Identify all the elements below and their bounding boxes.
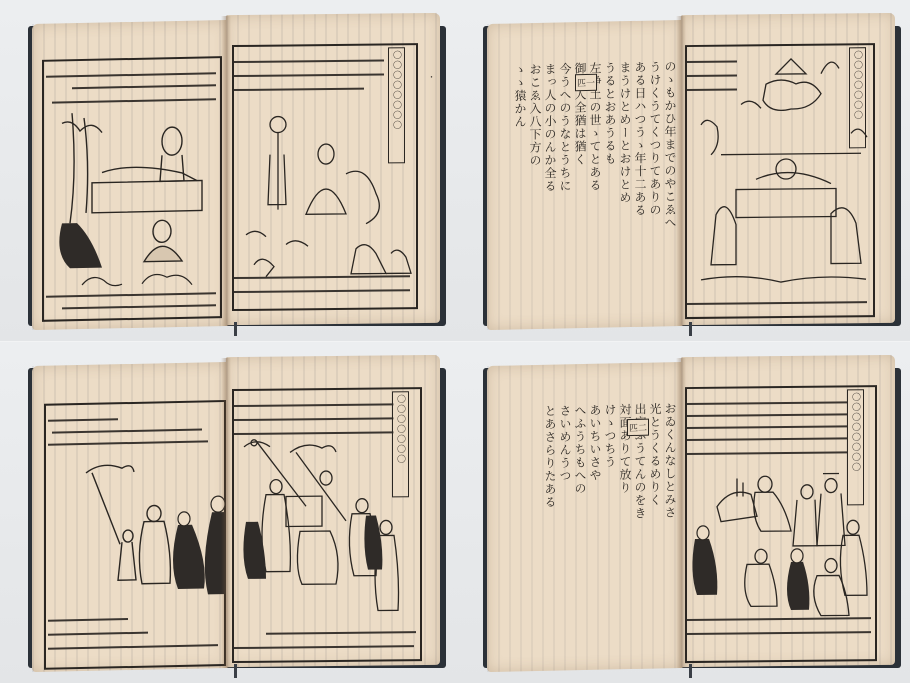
- photo-panel-top-right: のゝもかひ年までのやこゑへ うけくうてくつりてありの ある日ハつうゝ年十二ある …: [455, 0, 910, 341]
- text-column: へふうちもへの: [573, 404, 587, 495]
- section-label: 匹二: [627, 419, 649, 436]
- bookmark-ribbon: [689, 322, 692, 336]
- left-page-illustration: [32, 20, 228, 330]
- book-gutter: [676, 16, 686, 326]
- text-column: まっ人の小のんか全る: [543, 63, 557, 193]
- text-column: のゝもかひ年までのやこゑへ: [663, 60, 677, 229]
- open-book: 〇〇〇〇〇〇〇〇 ・: [28, 10, 448, 332]
- text-column: 対面ありて放り: [618, 403, 632, 494]
- book-gutter: [221, 358, 231, 668]
- open-book: のゝもかひ年までのやこゑへ うけくうてくつりてありの ある日ハつうゝ年十二ある …: [483, 10, 903, 332]
- scene-illustration: [32, 20, 228, 330]
- section-label: 匹一: [575, 74, 597, 91]
- book-gutter: [221, 16, 231, 326]
- left-page-text: のゝもかひ年までのやこゑへ うけくうてくつりてありの ある日ハつうゝ年十二ある …: [487, 20, 683, 330]
- kana-text-block: のゝもかひ年までのやこゑへ うけくうてくつりてありの ある日ハつうゝ年十二ある …: [501, 60, 677, 324]
- text-column: うるとおあうるも: [603, 61, 617, 165]
- right-page-illustration: 〇〇〇〇〇〇〇: [681, 13, 895, 325]
- bookmark-ribbon: [689, 664, 692, 678]
- photo-panel-bottom-right: おゐくんなしとみさ 光とうくるめりく 出家ふうてんのをき 対面ありて放り けゝつ…: [455, 342, 910, 683]
- right-page-illustration: 〇〇〇〇〇〇〇〇 ・: [226, 13, 440, 325]
- scene-illustration: [226, 355, 440, 667]
- photo-panel-top-left: 〇〇〇〇〇〇〇〇 ・: [0, 0, 455, 341]
- scene-illustration: [681, 355, 895, 667]
- text-column: おゐくんなしとみさ: [663, 402, 677, 519]
- scene-illustration: [32, 362, 228, 672]
- text-column: まうけとめーとおけとめ: [618, 61, 632, 204]
- text-column: さいめんうつ: [558, 404, 572, 482]
- open-book: 〇〇〇〇〇〇〇: [28, 352, 448, 674]
- scene-illustration: [681, 13, 895, 325]
- bookmark-ribbon: [234, 664, 237, 678]
- left-page-illustration: [32, 362, 228, 672]
- text-column: うけくうてくつりてありの: [648, 60, 662, 216]
- book-gutter: [676, 358, 686, 668]
- kana-text-block: おゐくんなしとみさ 光とうくるめりく 出家ふうてんのをき 対面ありて放り けゝつ…: [501, 402, 677, 668]
- text-column: あいちいさや: [588, 404, 602, 482]
- right-page-illustration: 〇〇〇〇〇〇〇〇: [681, 355, 895, 667]
- text-column: おこゑ入八下方の: [528, 63, 542, 167]
- open-book: おゐくんなしとみさ 光とうくるめりく 出家ふうてんのをき 対面ありて放り けゝつ…: [483, 352, 903, 674]
- text-column: とあさらりたある: [543, 405, 557, 509]
- text-column: 光とうくるめりく: [648, 402, 662, 506]
- text-column: ある日ハつうゝ年十二ある: [633, 61, 647, 217]
- left-page-text: おゐくんなしとみさ 光とうくるめりく 出家ふうてんのをき 対面ありて放り けゝつ…: [487, 362, 683, 672]
- text-column: ゝゝ猿かん: [513, 63, 527, 128]
- right-page-illustration: 〇〇〇〇〇〇〇: [226, 355, 440, 667]
- text-column: けゝつちう: [603, 403, 617, 468]
- text-column: 今うへのうなとうちに: [558, 62, 572, 192]
- bookmark-ribbon: [234, 322, 237, 336]
- photo-panel-bottom-left: 〇〇〇〇〇〇〇: [0, 342, 455, 683]
- scene-illustration: [226, 13, 440, 325]
